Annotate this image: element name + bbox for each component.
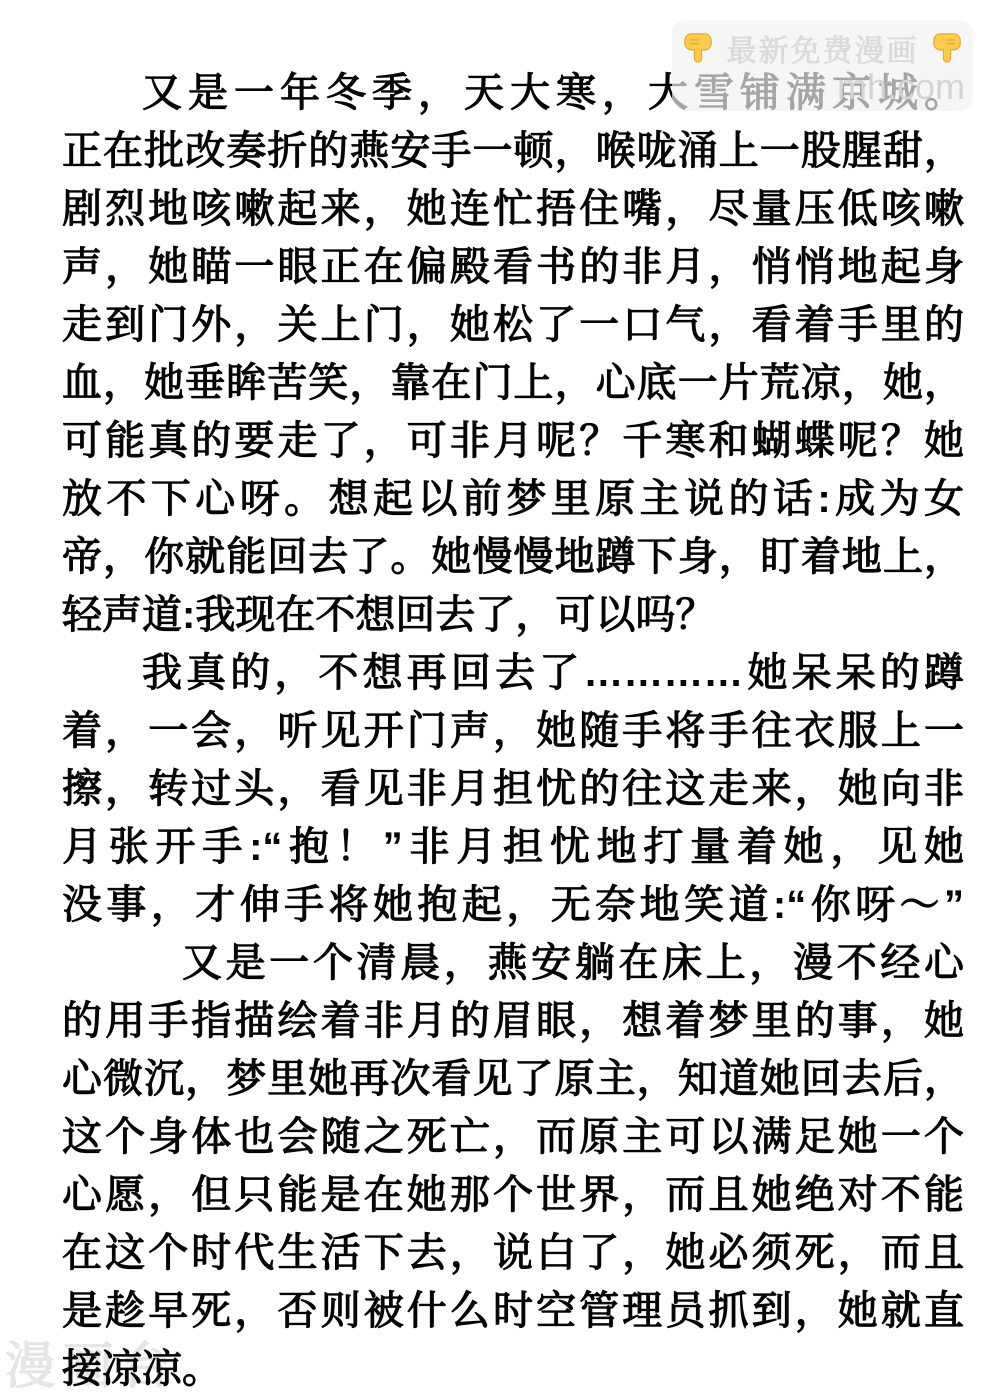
story-text: 又是一年冬季，天大寒，大雪铺满京城。正在批改奏折的燕安手一顿，喉咙涌上一股腥甜，… [62, 64, 964, 1398]
paragraph: 我真的，不想再回去了…………她呆呆的蹲着，一会，听见开门声，她随手将手往衣服上一… [62, 644, 964, 934]
text-line: 心愿，但只能是在她那个世界，而且她绝对不能 [62, 1166, 964, 1224]
top-watermark[interactable]: 最新免费漫画 mh.com [672, 20, 973, 111]
text-line: 擦，转过头，看见非月担忧的往这走来，她向非 [62, 760, 964, 818]
paragraph: 又是一年冬季，天大寒，大雪铺满京城。正在批改奏折的燕安手一顿，喉咙涌上一股腥甜，… [62, 64, 964, 644]
text-line: 正在批改奏折的燕安手一顿，喉咙涌上一股腥甜， [62, 122, 964, 180]
text-line: 轻声道:我现在不想回去了，可以吗？ [62, 586, 964, 644]
text-line: 着，一会，听见开门声，她随手将手往衣服上一 [62, 702, 964, 760]
text-line: 帝，你就能回去了。她慢慢地蹲下身，盯着地上， [62, 528, 964, 586]
text-line: 在这个时代生活下去，说白了，她必须死，而且 [62, 1224, 964, 1282]
watermark-url: mh.com [672, 67, 973, 107]
point-down-icon [681, 31, 715, 65]
text-line: 心微沉，梦里她再次看见了原主，知道她回去后， [62, 1050, 964, 1108]
paragraph: 又是一个清晨，燕安躺在床上，漫不经心的用手指描绘着非月的眉眼，想着梦里的事，她心… [62, 934, 964, 1398]
text-line: 放不下心呀。想起以前梦里原主说的话:成为女 [62, 470, 964, 528]
text-line: 又是一个清晨，燕安躺在床上，漫不经心 [62, 934, 964, 992]
text-line: 月张开手:“抱！”非月担忧地打量着她，见她 [62, 818, 964, 876]
text-line: 的用手指描绘着非月的眉眼，想着梦里的事，她 [62, 992, 964, 1050]
text-line: 这个身体也会随之死亡，而原主可以满足她一个 [62, 1108, 964, 1166]
text-line: 声，她瞄一眼正在偏殿看书的非月，悄悄地起身 [62, 238, 964, 296]
text-line: 可能真的要走了，可非月呢？千寒和蝴蝶呢？她 [62, 412, 964, 470]
watermark-row: 最新免费漫画 [672, 30, 973, 66]
watermark-label: 最新免费漫画 [727, 26, 919, 70]
text-line: 剧烈地咳嗽起来，她连忙捂住嘴，尽量压低咳嗽 [62, 180, 964, 238]
text-line: 我真的，不想再回去了…………她呆呆的蹲 [62, 644, 964, 702]
novel-page: 漫画台 又是一年冬季，天大寒，大雪铺满京城。正在批改奏折的燕安手一顿，喉咙涌上一… [0, 0, 1000, 1398]
text-line: 是趁早死，否则被什么时空管理员抓到，她就直 [62, 1282, 964, 1340]
text-line: 没事，才伸手将她抱起，无奈地笑道:“你呀～” [62, 876, 964, 934]
text-line: 走到门外，关上门，她松了一口气，看着手里的 [62, 296, 964, 354]
text-line: 接凉凉。 [62, 1340, 964, 1398]
text-line: 血，她垂眸苦笑，靠在门上，心底一片荒凉，她， [62, 354, 964, 412]
point-down-icon [930, 31, 964, 65]
